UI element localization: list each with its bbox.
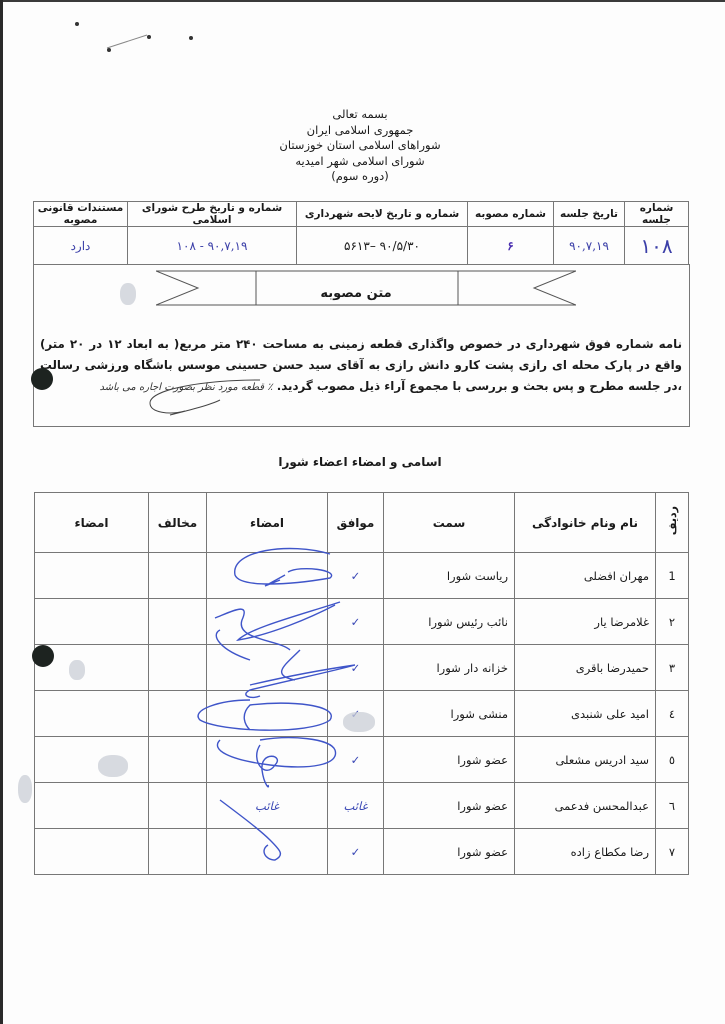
info-header-row: شماره جلسه تاریخ جلسه شماره مصوبه شماره … — [34, 202, 689, 227]
member-position: عضو شورا — [384, 829, 515, 875]
approve-signature-cell — [207, 553, 328, 599]
approve-signature-cell — [207, 691, 328, 737]
oppose-cell — [149, 553, 207, 599]
oppose-cell — [149, 783, 207, 829]
member-number: ٥ — [656, 737, 689, 783]
member-number: ٤ — [656, 691, 689, 737]
member-name: عبدالمحسن فدعمی — [515, 783, 656, 829]
member-name: حمیدرضا باقری — [515, 645, 656, 691]
scan-smudge — [343, 712, 375, 732]
member-position: منشی شورا — [384, 691, 515, 737]
letterhead-line: شوراهای اسلامی استان خوزستان — [250, 138, 470, 154]
resolution-body: نامه شماره فوق شهرداری در خصوص واگذاری ق… — [40, 334, 682, 398]
oppose-signature-cell — [35, 783, 149, 829]
info-value-row: ۱۰۸ ۹۰,۷,۱۹ ۶ ۹۰/۵/۳۰ –۵۶۱۳ ۹۰,۷,۱۹ - ۱۰… — [34, 227, 689, 265]
members-table: ردیف نام ونام خانوادگی سمت موافق امضاء م… — [34, 492, 689, 875]
member-name: غلامرضا یار — [515, 599, 656, 645]
row-number-header: ردیف — [656, 493, 689, 553]
member-position: نائب رئیس شورا — [384, 599, 515, 645]
approve-signature-absent-mark: غائب — [207, 783, 328, 829]
resolution-number-value: ۶ — [468, 227, 554, 265]
member-number: ٦ — [656, 783, 689, 829]
council-plan-value: ۹۰,۷,۱۹ - ۱۰۸ — [128, 227, 297, 265]
approve-header: موافق — [328, 493, 384, 553]
member-row: 1 مهران افضلی ریاست شورا ✓ — [35, 553, 689, 599]
letterhead-line: (دوره سوم) — [250, 169, 470, 185]
municipality-bill-value: ۹۰/۵/۳۰ –۵۶۱۳ — [297, 227, 468, 265]
oppose-cell — [149, 645, 207, 691]
session-info-table: شماره جلسه تاریخ جلسه شماره مصوبه شماره … — [33, 201, 689, 265]
punch-hole — [32, 645, 54, 667]
resolution-number-header: شماره مصوبه — [468, 202, 554, 227]
member-row: ۲ غلامرضا یار نائب رئیس شورا ✓ — [35, 599, 689, 645]
legal-documents-header: مستندات قانونی مصوبه — [34, 202, 128, 227]
session-date-header: تاریخ جلسه — [554, 202, 625, 227]
member-row: ۳ حمیدرضا باقری خزانه دار شورا ✓ — [35, 645, 689, 691]
oppose-signature-cell — [35, 553, 149, 599]
scan-speck — [75, 22, 79, 26]
member-number: ۷ — [656, 829, 689, 875]
scan-smudge — [69, 660, 85, 680]
approve-check: ✓ — [328, 599, 384, 645]
members-header-row: ردیف نام ونام خانوادگی سمت موافق امضاء م… — [35, 493, 689, 553]
member-number: ۲ — [656, 599, 689, 645]
session-number-header: شماره جلسه — [625, 202, 689, 227]
session-number-value: ۱۰۸ — [625, 227, 689, 265]
page-left-edge — [0, 0, 3, 1024]
punch-hole — [31, 368, 53, 390]
approve-signature-cell — [207, 829, 328, 875]
member-name: سید ادریس مشعلی — [515, 737, 656, 783]
name-header: نام ونام خانوادگی — [515, 493, 656, 553]
member-number: ۳ — [656, 645, 689, 691]
member-row: ٥ سید ادریس مشعلی عضو شورا ✓ — [35, 737, 689, 783]
oppose-signature-cell — [35, 829, 149, 875]
approve-check: ✓ — [328, 737, 384, 783]
oppose-cell — [149, 737, 207, 783]
approve-signature-cell — [207, 599, 328, 645]
scan-smudge — [120, 283, 136, 305]
member-row: ۷ رضا مکطاع زاده عضو شورا ✓ — [35, 829, 689, 875]
handwritten-note: ٪ قطعه مورد نظر بصورت اجاره می باشد — [99, 382, 272, 393]
scan-speck — [189, 36, 193, 40]
members-title: اسامی و امضاء اعضاء شورا — [250, 455, 470, 469]
oppose-signature-cell — [35, 599, 149, 645]
oppose-header: مخالف — [149, 493, 207, 553]
resolution-title: متن مصوبه — [255, 277, 457, 310]
member-position: عضو شورا — [384, 737, 515, 783]
letterhead-line: شورای اسلامی شهر امیدیه — [250, 154, 470, 170]
approve-check: ✓ — [328, 829, 384, 875]
letterhead-line: جمهوری اسلامی ایران — [250, 123, 470, 139]
member-position: خزانه دار شورا — [384, 645, 515, 691]
oppose-signature-cell — [35, 737, 149, 783]
session-date-value: ۹۰,۷,۱۹ — [554, 227, 625, 265]
approve-absent-mark: غائب — [328, 783, 384, 829]
position-header: سمت — [384, 493, 515, 553]
member-name: رضا مکطاع زاده — [515, 829, 656, 875]
member-position: ریاست شورا — [384, 553, 515, 599]
page-top-edge — [0, 0, 725, 2]
approve-check: ✓ — [328, 553, 384, 599]
oppose-signature-cell — [35, 691, 149, 737]
letterhead: بسمه تعالی جمهوری اسلامی ایران شوراهای ا… — [250, 107, 470, 185]
member-row: ٦ عبدالمحسن فدعمی عضو شورا غائب غائب — [35, 783, 689, 829]
row-number-header-label: ردیف — [666, 506, 679, 535]
approve-signature-cell — [207, 737, 328, 783]
oppose-signature-header: امضاء — [35, 493, 149, 553]
oppose-cell — [149, 691, 207, 737]
member-position: عضو شورا — [384, 783, 515, 829]
member-name: مهران افضلی — [515, 553, 656, 599]
scan-smudge — [18, 775, 32, 803]
oppose-cell — [149, 829, 207, 875]
approve-signature-cell — [207, 645, 328, 691]
council-plan-header: شماره و تاریخ طرح شورای اسلامی — [128, 202, 297, 227]
member-name: امید علی شنبدی — [515, 691, 656, 737]
scan-smudge — [98, 755, 128, 777]
scan-mark — [105, 33, 150, 51]
letterhead-line: بسمه تعالی — [250, 107, 470, 123]
oppose-cell — [149, 599, 207, 645]
approve-signature-header: امضاء — [207, 493, 328, 553]
legal-documents-value: دارد — [34, 227, 128, 265]
municipality-bill-header: شماره و تاریخ لایحه شهرداری — [297, 202, 468, 227]
approve-check: ✓ — [328, 645, 384, 691]
member-number: 1 — [656, 553, 689, 599]
